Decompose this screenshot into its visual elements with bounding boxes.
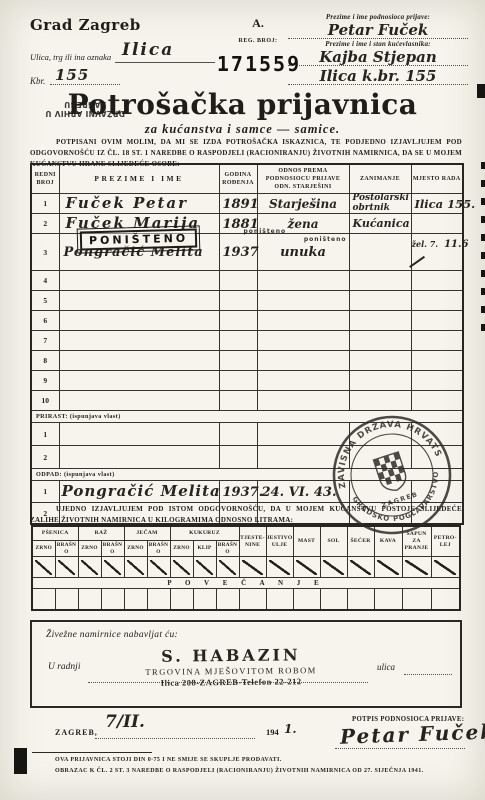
member-row-4: 4	[31, 271, 463, 291]
col-header-number: REDNI BROJ	[31, 164, 59, 194]
landlord-address-handwritten: Ilica k.br. 155	[320, 67, 437, 85]
street-label: Ulica, trg ili ina oznaka	[30, 52, 111, 62]
supply-cell-struck	[402, 557, 431, 578]
pen-flourish	[409, 256, 425, 268]
col-petrolej: PETRO-LEJ	[431, 526, 460, 557]
handwritten-occupation: Postolarski obrtnik	[350, 194, 411, 213]
row-number: 3	[31, 234, 59, 271]
house-number-value: 155	[55, 66, 89, 84]
shop-underline	[88, 682, 368, 683]
section-letter: A.	[228, 16, 288, 31]
supplies-group-header: PŠENICA RAŽ JEČAM KUKURUZ TJESTE-NINE JE…	[32, 526, 460, 541]
cell-name: Pongračić Melita PONIŠTENO	[59, 234, 219, 271]
col-tjestenine: TJESTE-NINE	[239, 526, 266, 557]
supply-cell-struck	[374, 557, 402, 578]
house-number-label: Kbr.	[30, 76, 45, 86]
shop-intro-label: Živežne namirnice nabavljat ću:	[46, 630, 178, 640]
scan-artifact	[481, 216, 485, 223]
povecanje-label: P O V E Č A N J E	[32, 578, 460, 589]
form-subtitle: za kućanstva i samce — samice.	[0, 122, 485, 137]
cell-year: 1891	[219, 194, 257, 214]
supply-cell-struck	[78, 557, 101, 578]
col-header-workplace: MJESTO RADA	[411, 164, 463, 194]
supply-cell-struck	[101, 557, 124, 578]
cell-name: Pongračić Melita	[59, 481, 219, 503]
povecanje-band: P O V E Č A N J E	[32, 578, 460, 589]
cell-year: 1937	[219, 234, 257, 271]
footer-note-2: OBRAZAC K ČL. 2 ST. 3 NAREDBE O RASPODJE…	[55, 768, 424, 774]
cell-workplace	[411, 214, 463, 234]
col-header-year: GODINA ROĐENJA	[219, 164, 257, 194]
col-jecam: JEČAM	[124, 526, 170, 541]
city-heading: Grad Zagreb	[30, 16, 141, 34]
col-header-relation: ODNOS PREMA PODNOSIOCU PRIJAVE ODN. STAR…	[257, 164, 349, 194]
col-secer: ŠEĆER	[347, 526, 374, 557]
supply-cell-struck	[266, 557, 293, 578]
applicant-line: Petar Fuček	[288, 21, 468, 39]
scan-artifact	[481, 306, 485, 313]
member-row-8: 8	[31, 351, 463, 371]
member-row-1: 1 Fuček Petar 1891 Starješina Postolarsk…	[31, 194, 463, 214]
scan-artifact	[481, 270, 485, 277]
form-title: Potrošačka prijavnica	[0, 88, 485, 121]
member-row-5: 5	[31, 291, 463, 311]
supply-cell-struck	[124, 557, 147, 578]
row-number: 10	[31, 391, 59, 411]
supplies-table: PŠENICA RAŽ JEČAM KUKURUZ TJESTE-NINE JE…	[31, 525, 461, 611]
ponisteno-small-stamp: poništeno	[244, 228, 287, 235]
ponisteno-stamp: PONIŠTENO	[79, 229, 197, 251]
reg-number-label: REG. BROJ:	[228, 38, 288, 44]
supply-cell-struck	[147, 557, 170, 578]
handwritten-name: Pongračić Melita	[60, 482, 221, 500]
shop-name: S. HABAZIN	[96, 645, 366, 667]
supplies-paragraph: UJEDNO IZJAVLJUJEM POD ISTOM ODGOVORNOŠĆ…	[30, 504, 462, 525]
scan-artifact	[481, 288, 485, 295]
row-number: 2	[31, 214, 59, 234]
sub-brasno: BRAŠNO	[101, 541, 124, 557]
supply-cell-struck	[55, 557, 78, 578]
applicant-name-handwritten: Petar Fuček	[328, 21, 429, 39]
signature-underline	[335, 748, 465, 749]
street-underline	[115, 62, 215, 63]
cell-relation: poništeno unuka poništeno	[257, 234, 349, 271]
scan-artifact	[481, 162, 485, 169]
supply-cell-struck	[193, 557, 216, 578]
sub-zrno: ZRNO	[78, 541, 101, 557]
supply-cell-struck	[170, 557, 193, 578]
footer-date-underline	[95, 738, 255, 739]
handwritten-relation: Starješina	[258, 197, 349, 211]
row-number: 6	[31, 311, 59, 331]
handwritten-year: 1891	[220, 197, 259, 212]
col-sol: SOL	[320, 526, 347, 557]
sub-zrno: ZRNO	[32, 541, 55, 557]
handwritten-year: 1937.	[220, 485, 264, 500]
cell-occupation: Postolarski obrtnik	[349, 194, 411, 214]
cell-workplace: Ilica 155.	[411, 194, 463, 214]
footer-date-handwritten: 7/II.	[105, 712, 145, 732]
scan-artifact	[14, 748, 27, 774]
member-row-6: 6	[31, 311, 463, 331]
table-header-row: REDNI BROJ PREZIME I IME GODINA ROĐENJA …	[31, 164, 463, 194]
scanned-form-page: Grad Zagreb Ulica, trg ili ina oznaka Il…	[0, 0, 485, 800]
scan-artifact	[481, 252, 485, 259]
col-mast: MAST	[293, 526, 320, 557]
handwritten-relation: unuka	[258, 245, 349, 260]
member-row-9: 9	[31, 371, 463, 391]
landlord-address-line: Ilica k.br. 155	[288, 67, 468, 85]
shop-radnji-label: U radnji	[48, 662, 80, 672]
col-kava: KAVA	[374, 526, 402, 557]
handwritten-note: žel. 7.	[412, 239, 439, 249]
landlord-name-handwritten: Kajba Stjepan	[319, 48, 436, 66]
scan-artifact	[481, 180, 485, 187]
row-number: 4	[31, 271, 59, 291]
cell-relation: Starješina	[257, 194, 349, 214]
row-number: 1	[31, 481, 59, 503]
scan-artifact	[477, 84, 485, 98]
cell-occupation	[349, 234, 411, 271]
row-number: 2	[31, 446, 59, 469]
scan-artifact	[481, 234, 485, 241]
ponisteno-small-stamp: poništeno	[304, 236, 347, 243]
applicant-label: Prezime i ime podnosioca prijave:	[288, 13, 468, 21]
sub-brasno: BRAŠNO	[55, 541, 78, 557]
scan-artifact	[481, 324, 485, 331]
col-psenica: PŠENICA	[32, 526, 78, 541]
supply-cell-struck	[32, 557, 55, 578]
cell-name: Fuček Petar	[59, 194, 219, 214]
handwritten-occupation: Kućanica	[350, 218, 411, 230]
handwritten-note: 11.6	[444, 239, 468, 250]
coat-of-arms	[373, 452, 409, 494]
supplies-values-row	[32, 557, 460, 578]
col-jestivo-ulje: JESTIVO ULJE	[266, 526, 293, 557]
member-row-3-cancelled: 3 Pongračić Melita PONIŠTENO 1937 poništ…	[31, 234, 463, 271]
footer-city-label: ZAGREB,	[55, 728, 98, 737]
house-number-underline	[50, 84, 120, 85]
col-raz: RAŽ	[78, 526, 124, 541]
row-number: 8	[31, 351, 59, 371]
footer-year-printed: 194	[266, 727, 279, 737]
handwritten-year: 1937	[220, 245, 259, 260]
sub-klip: KLIP	[193, 541, 216, 557]
cell-workplace: žel. 7.11.6	[411, 234, 463, 271]
member-row-7: 7	[31, 331, 463, 351]
sub-brasno: BRAŠNO	[147, 541, 170, 557]
row-number: 5	[31, 291, 59, 311]
applicant-block: Prezime i ime podnosioca prijave: Petar …	[288, 13, 468, 86]
row-number: 1	[31, 194, 59, 214]
col-header-occupation: ZANIMANJE	[349, 164, 411, 194]
supply-cell-struck	[239, 557, 266, 578]
shop-ulica-underline	[404, 674, 452, 675]
col-kukuruz: KUKURUZ	[170, 526, 239, 541]
cell-year: 1937.	[219, 481, 257, 503]
signature-handwritten: Petar Fuček	[340, 719, 485, 748]
footer-year-handwritten: 1.	[284, 722, 297, 736]
handwritten-workplace: Ilica 155.	[412, 197, 476, 211]
shop-ulica-label: ulica	[377, 662, 395, 672]
footer-rule	[32, 752, 152, 753]
scan-artifact	[481, 198, 485, 205]
sub-brasno: BRAŠNO	[216, 541, 239, 557]
sub-zrno: ZRNO	[170, 541, 193, 557]
supply-cell-struck	[216, 557, 239, 578]
cell-occupation: Kućanica	[349, 214, 411, 234]
sub-zrno: ZRNO	[124, 541, 147, 557]
street-value-handwritten: Ilica	[122, 40, 174, 60]
supply-cell-struck	[431, 557, 460, 578]
handwritten-name: Fuček Petar	[60, 194, 189, 212]
handwritten-date: 24. VI. 43.	[258, 485, 337, 500]
footer-note-1: OVA PRIJAVNICA STOJI DIN 0·75 I NE SMIJE…	[55, 757, 282, 763]
row-number: 1	[31, 423, 59, 446]
row-number: 7	[31, 331, 59, 351]
supplies-empty-row	[32, 589, 460, 611]
shop-declaration-box: Živežne namirnice nabavljat ću: U radnji…	[30, 620, 462, 708]
landlord-label: Prezime i ime i stan kućevlasnika:	[288, 40, 468, 48]
col-header-name: PREZIME I IME	[59, 164, 219, 194]
supply-cell-struck	[347, 557, 374, 578]
supply-cell-struck	[320, 557, 347, 578]
row-number: 9	[31, 371, 59, 391]
col-sapun: SAPUN ZA PRANJE	[402, 526, 431, 557]
landlord-line: Kajba Stjepan	[288, 48, 468, 66]
supply-cell-struck	[293, 557, 320, 578]
